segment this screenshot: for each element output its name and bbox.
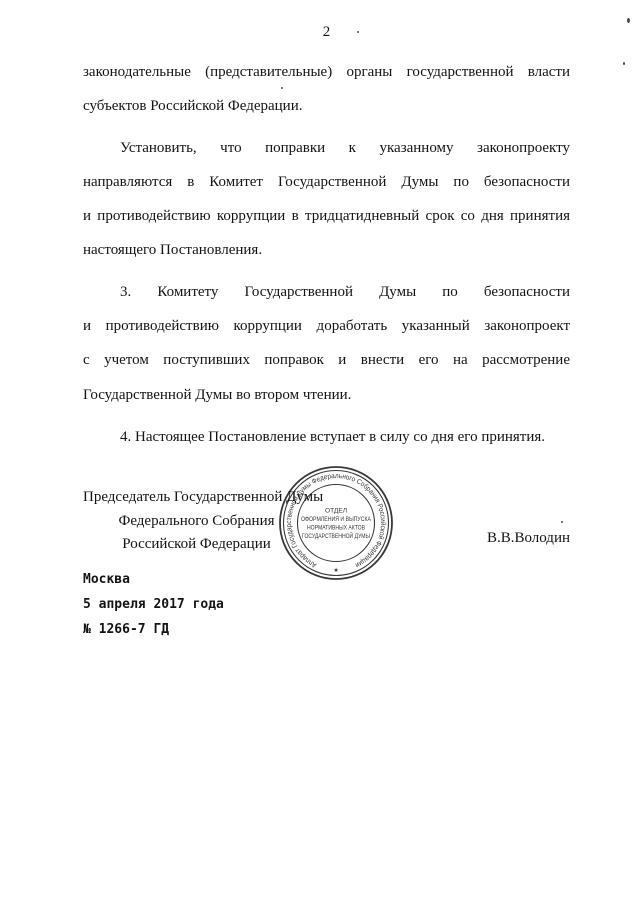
scan-artifact (357, 31, 359, 33)
scan-artifact (623, 62, 625, 65)
scan-artifact (281, 87, 283, 89)
text-line: 3. Комитету Государственной Думы по безо… (83, 275, 570, 309)
stamp-center-line: НОРМАТИВНЫХ АКТОВ (307, 525, 365, 532)
signer-title-line: Федерального Собрания (83, 510, 310, 534)
text-line: и противодействию коррупции доработать у… (83, 309, 570, 343)
official-stamp-icon: Аппарат Государственной Думы Федеральног… (277, 464, 395, 582)
document-page: 2 законодательные (представительные) орг… (0, 0, 640, 905)
text-line: с учетом поступивших поправок и внести е… (83, 343, 570, 377)
document-body: законодательные (представительные) орган… (83, 55, 570, 454)
footer-block: Москва 5 апреля 2017 года № 1266-7 ГД (83, 567, 224, 642)
paragraph: Установить, что поправки к указанному за… (83, 131, 570, 268)
text-line: настоящего Постановления. (83, 233, 570, 267)
text-line: 4. Настоящее Постановление вступает в си… (83, 420, 570, 454)
text-line: и противодействию коррупции в тридцатидн… (83, 199, 570, 233)
stamp-center-line: ОФОРМЛЕНИЯ И ВЫПУСКА (301, 516, 371, 523)
footer-date: 5 апреля 2017 года (83, 592, 224, 617)
footer-city: Москва (83, 567, 224, 592)
stamp-center-line: ОТДЕЛ (325, 508, 347, 515)
paragraph: 3. Комитету Государственной Думы по безо… (83, 275, 570, 412)
stamp-center-line: ГОСУДАРСТВЕННОЙ ДУМЫ (302, 531, 370, 540)
stamp-outer-ring (280, 467, 392, 579)
scan-artifact (627, 18, 630, 23)
text-line: субъектов Российской Федерации. (83, 89, 570, 123)
stamp-star-icon: ★ (333, 567, 338, 574)
text-line: Установить, что поправки к указанному за… (83, 131, 570, 165)
footer-number: № 1266-7 ГД (83, 617, 224, 642)
page-number: 2 (83, 24, 570, 41)
scan-artifact (561, 521, 563, 523)
signer-title-line: Российской Федерации (83, 533, 310, 557)
text-line: направляются в Комитет Государственной Д… (83, 165, 570, 199)
stamp-inner-ring (298, 485, 375, 562)
text-line: Государственной Думы во втором чтении. (83, 378, 570, 412)
paragraph: 4. Настоящее Постановление вступает в си… (83, 420, 570, 454)
text-line: законодательные (представительные) орган… (83, 55, 570, 89)
signer-name: В.В.Володин (487, 530, 570, 547)
paragraph: законодательные (представительные) орган… (83, 55, 570, 124)
